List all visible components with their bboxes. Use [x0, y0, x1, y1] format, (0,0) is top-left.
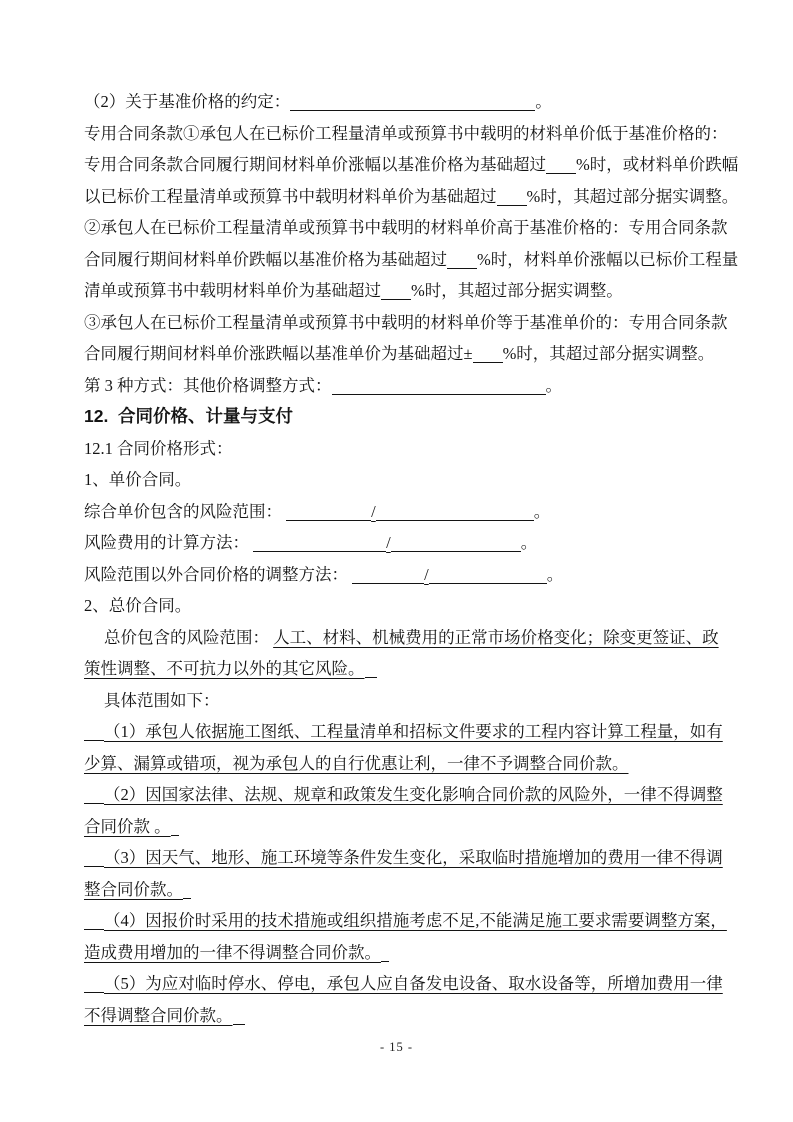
text-segment: 。: [534, 502, 551, 521]
text-segment: ③承包人在已标价工程量清单或预算书中载明的材料单价等于基准单价的：专用合同条款: [84, 313, 728, 332]
blank-fill-field: [376, 503, 534, 521]
blank-fill-field: [332, 377, 546, 395]
document-line: （3）因天气、地形、施工环境等条件发生变化，采取临时措施增加的费用一律不得调: [84, 842, 718, 874]
underlined-text-segment: （5）为应对临时停水、停电，承包人应自备发电设备、取水设备等，所增加费用一律: [104, 974, 723, 993]
document-line: 总价包含的风险范围： 人工、材料、机械费用的正常市场价格变化；除变更签证、政: [84, 622, 718, 654]
text-segment: %时，材料单价涨幅以已标价工程量: [477, 250, 738, 269]
document-line: 整合同价款。: [84, 874, 718, 906]
text-segment: %时，其超过部分据实调整。: [527, 187, 739, 206]
blank-fill-field: [447, 251, 477, 269]
document-line: 清单或预算书中载明材料单价为基础超过%时，其超过部分据实调整。: [84, 275, 718, 307]
document-line: 2、总价合同。: [84, 590, 718, 622]
text-segment: 1、单价合同。: [84, 470, 191, 489]
blank-fill-field: [391, 535, 521, 553]
blank-fill-field: [253, 535, 386, 553]
text-segment: ②承包人在已标价工程量清单或预算书中载明的材料单价高于基准价格的：专用合同条款: [84, 218, 728, 237]
blank-fill-field: [233, 1007, 245, 1025]
document-line: （4）因报价时采用的技术措施或组织措施考虑不足,不能满足施工要求需要调整方案，: [84, 905, 718, 937]
document-line: 具体范围如下：: [84, 685, 718, 717]
underlined-text-segment: 少算、漏算或错项，视为承包人的自行优惠让利，一律不予调整合同价款。: [84, 754, 629, 773]
blank-fill-field: [84, 913, 104, 931]
text-segment: %时，其超过部分据实调整。: [411, 281, 623, 300]
text-segment: 。: [521, 533, 538, 552]
text-segment: （2）关于基准价格的约定：: [84, 92, 290, 111]
underlined-text-segment: （1）承包人依据施工图纸、工程量清单和招标文件要求的工程内容计算工程量，如有: [104, 722, 723, 741]
underlined-text-segment: （3）因天气、地形、施工环境等条件发生变化，采取临时措施增加的费用一律不得调: [104, 848, 723, 867]
blank-fill-field: [84, 850, 104, 868]
document-line: 合同履行期间材料单价涨跌幅以基准单价为基础超过±%时，其超过部分据实调整。: [84, 338, 718, 370]
document-line: ②承包人在已标价工程量清单或预算书中载明的材料单价高于基准价格的：专用合同条款: [84, 212, 718, 244]
underlined-text-segment: 整合同价款。: [84, 880, 183, 899]
document-line: 以已标价工程量清单或预算书中载明材料单价为基础超过%时，其超过部分据实调整。: [84, 181, 718, 213]
text-segment: 。: [546, 376, 563, 395]
document-line: 风险范围以外合同价格的调整方法： /。: [84, 559, 718, 591]
blank-fill-field: [429, 566, 547, 584]
blank-fill-field: [473, 346, 503, 364]
document-page-body: （2）关于基准价格的约定：。专用合同条款①承包人在已标价工程量清单或预算书中载明…: [84, 86, 718, 1031]
blank-fill-field: [183, 881, 191, 899]
document-line: 风险费用的计算方法： /。: [84, 527, 718, 559]
text-segment: 。: [535, 92, 552, 111]
underlined-text-segment: 不得调整合同价款。: [84, 1006, 233, 1025]
document-line: 策性调整、不可抗力以外的其它风险。: [84, 653, 718, 685]
text-segment: 合同履行期间材料单价跌幅以基准价格为基础超过: [84, 250, 447, 269]
text-segment: 12. 合同价格、计量与支付: [84, 406, 293, 426]
blank-fill-field: [84, 787, 104, 805]
underlined-text-segment: 合同价款 。: [84, 817, 171, 836]
text-segment: 12.1 合同价格形式：: [84, 439, 233, 458]
underlined-text-segment: （4）因报价时采用的技术措施或组织措施考虑不足,不能满足施工要求需要调整方案，: [104, 911, 727, 930]
blank-fill-field: [497, 188, 527, 206]
document-line: 专用合同条款合同履行期间材料单价涨幅以基准价格为基础超过%时，或材料单价跌幅: [84, 149, 718, 181]
text-segment: 专用合同条款合同履行期间材料单价涨幅以基准价格为基础超过: [84, 155, 546, 174]
document-line: （1）承包人依据施工图纸、工程量清单和招标文件要求的工程内容计算工程量，如有: [84, 716, 718, 748]
text-segment: 综合单价包含的风险范围：: [84, 502, 286, 521]
document-line: 少算、漏算或错项，视为承包人的自行优惠让利，一律不予调整合同价款。: [84, 748, 718, 780]
blank-fill-field: [381, 283, 411, 301]
text-segment: %时，或材料单价跌幅: [576, 155, 738, 174]
text-segment: 风险费用的计算方法：: [84, 533, 253, 552]
underlined-text-segment: 造成费用增加的一律不得调整合同价款。: [84, 943, 381, 962]
text-segment: 专用合同条款①承包人在已标价工程量清单或预算书中载明的材料单价低于基准价格的：: [84, 124, 728, 143]
text-segment: 清单或预算书中载明材料单价为基础超过: [84, 281, 381, 300]
document-line: ③承包人在已标价工程量清单或预算书中载明的材料单价等于基准单价的：专用合同条款: [84, 307, 718, 339]
blank-fill-field: [84, 724, 104, 742]
text-segment: 以已标价工程量清单或预算书中载明材料单价为基础超过: [84, 187, 497, 206]
document-line: 专用合同条款①承包人在已标价工程量清单或预算书中载明的材料单价低于基准价格的：: [84, 118, 718, 150]
blank-fill-field: [286, 503, 371, 521]
document-line: 12. 合同价格、计量与支付: [84, 401, 718, 433]
text-segment: 。: [547, 565, 564, 584]
text-segment: 具体范围如下：: [104, 691, 220, 710]
text-segment: 总价包含的风险范围：: [104, 628, 273, 647]
text-segment: 第 3 种方式：其他价格调整方式：: [84, 376, 332, 395]
blank-fill-field: [381, 944, 389, 962]
text-segment: 2、总价合同。: [84, 596, 191, 615]
document-line: 合同履行期间材料单价跌幅以基准价格为基础超过%时，材料单价涨幅以已标价工程量: [84, 244, 718, 276]
underlined-text-segment: （2）因国家法律、法规、规章和政策发生变化影响合同价款的风险外，一律不得调整: [104, 785, 723, 804]
underlined-text-segment: 人工、材料、机械费用的正常市场价格变化；除变更签证、政: [273, 628, 719, 647]
document-line: 合同价款 。: [84, 811, 718, 843]
document-line: （2）关于基准价格的约定：。: [84, 86, 718, 118]
document-line: 12.1 合同价格形式：: [84, 433, 718, 465]
underlined-text-segment: 策性调整、不可抗力以外的其它风险。: [84, 659, 365, 678]
blank-fill-field: [171, 818, 179, 836]
blank-fill-field: [546, 157, 576, 175]
document-line: 造成费用增加的一律不得调整合同价款。: [84, 937, 718, 969]
document-line: （2）因国家法律、法规、规章和政策发生变化影响合同价款的风险外，一律不得调整: [84, 779, 718, 811]
document-line: （5）为应对临时停水、停电，承包人应自备发电设备、取水设备等，所增加费用一律: [84, 968, 718, 1000]
document-line: 不得调整合同价款。: [84, 1000, 718, 1032]
document-line: 第 3 种方式：其他价格调整方式：。: [84, 370, 718, 402]
document-line: 1、单价合同。: [84, 464, 718, 496]
text-segment: %时，其超过部分据实调整。: [503, 344, 715, 363]
blank-fill-field: [352, 566, 424, 584]
text-segment: 合同履行期间材料单价涨跌幅以基准单价为基础超过±: [84, 344, 473, 363]
blank-fill-field: [290, 94, 535, 112]
page-number: - 15 -: [0, 1040, 793, 1055]
text-segment: 风险范围以外合同价格的调整方法：: [84, 565, 352, 584]
blank-fill-field: [84, 976, 104, 994]
document-line: 综合单价包含的风险范围： /。: [84, 496, 718, 528]
blank-fill-field: [365, 661, 377, 679]
